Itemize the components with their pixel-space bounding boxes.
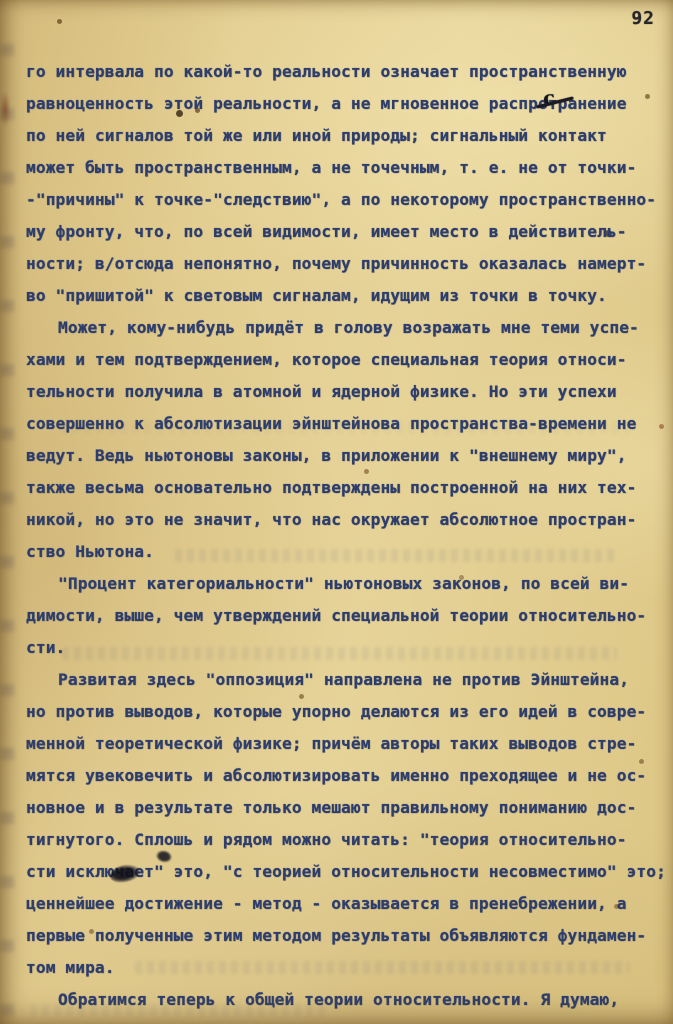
text-line: равноценность этой реальности, а не мгно… — [26, 88, 665, 120]
text-line: сти исключает" это, "с теорией относител… — [26, 856, 665, 888]
text-line: мятся увековечить и абсолютизировать име… — [26, 760, 665, 792]
text-line: -"причины" к точке-"следствию", а по нек… — [26, 184, 665, 216]
text-line: по ней сигналов той же или иной природы;… — [26, 120, 665, 152]
ink-blot — [109, 863, 141, 884]
text-line: Может, кому-нибудь придёт в голову возра… — [26, 312, 665, 344]
text-line: менной теоретической физике; причём авто… — [26, 728, 665, 760]
page-edge-smudges — [0, 0, 14, 1024]
text-line: также весьма основательно подтверждены п… — [26, 472, 665, 504]
text-line: хами и тем подтверждением, которое специ… — [26, 344, 665, 376]
scanned-page: 92 го интервала по какой-то реальности о… — [0, 0, 673, 1024]
text-line: Обратимся теперь к общей теории относите… — [26, 984, 665, 1016]
text-line: ство Ньютона. — [26, 536, 665, 568]
text-line: но против выводов, которые упорно делают… — [26, 696, 665, 728]
text-line: совершенно к абсолютизации эйнштейнова п… — [26, 408, 665, 440]
edge-stain — [0, 92, 10, 126]
text-line: димости, выше, чем утверждений специальн… — [26, 600, 665, 632]
text-line: первые полученные этим методом результат… — [26, 920, 665, 952]
text-line: во "пришитой" к световым сигналам, идущи… — [26, 280, 665, 312]
text-line: том мира. — [26, 952, 665, 984]
text-line: тигнутого. Сплошь и рядом можно читать: … — [26, 824, 665, 856]
text-line: тельности получила в атомной и ядерной ф… — [26, 376, 665, 408]
text-line: ведут. Ведь ньютоновы законы, в приложен… — [26, 440, 665, 472]
text-line: му фронту, что, по всей видимости, имеет… — [26, 216, 665, 248]
text-line: ности; в/отсюда непонятно, почему причин… — [26, 248, 665, 280]
page-number: 92 — [631, 8, 655, 29]
text-block: го интервала по какой-то реальности озна… — [26, 56, 665, 1016]
text-line: никой, но это не значит, что нас окружае… — [26, 504, 665, 536]
text-line: го интервала по какой-то реальности озна… — [26, 56, 665, 88]
text-line: Развитая здесь "оппозиция" направлена не… — [26, 664, 665, 696]
text-line: "Процент категориальности" ньютоновых за… — [26, 568, 665, 600]
text-line: может быть пространственным, а не точечн… — [26, 152, 665, 184]
text-line: сти. — [26, 632, 665, 664]
text-line: новное и в результате только мешают прав… — [26, 792, 665, 824]
text-line: ценнейшее достижение - метод - оказывает… — [26, 888, 665, 920]
